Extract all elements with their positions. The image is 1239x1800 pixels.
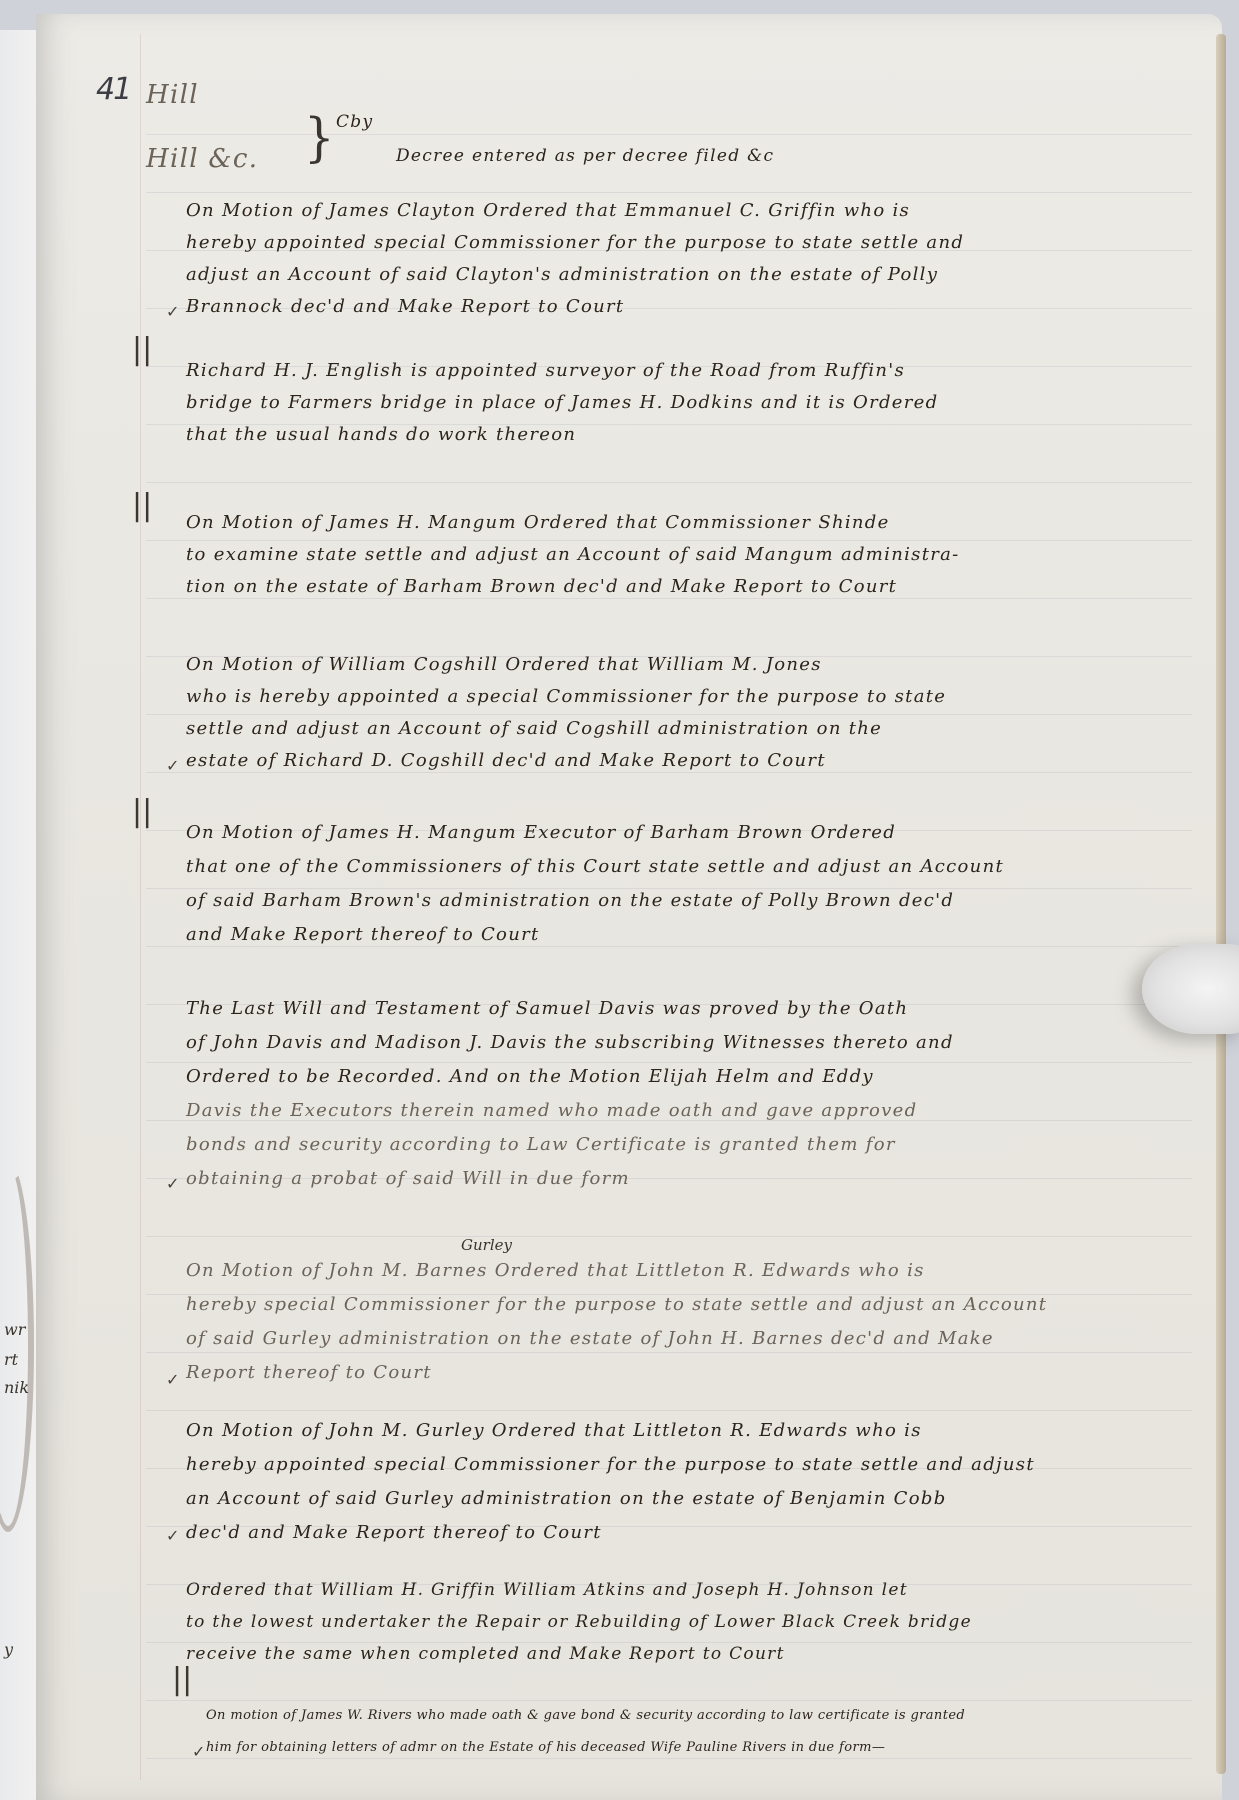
- entry-gurley-1-line-3: of said Gurley administration on the est…: [186, 1328, 994, 1349]
- entry-mangum-executor-line-3: of said Barham Brown's administration on…: [186, 890, 954, 911]
- margin-check-mark: ✓: [192, 1742, 205, 1761]
- entry-cogshill-line-2: who is hereby appointed a special Commis…: [186, 686, 946, 707]
- margin-double-stroke: ||: [132, 488, 152, 523]
- entry-gurley-1-line-1: On Motion of John M. Barnes Ordered that…: [186, 1260, 925, 1281]
- margin-check-mark: ✓: [166, 1174, 179, 1193]
- entry-clayton-line-4: Brannock dec'd and Make Report to Court: [186, 296, 624, 317]
- entry-davis-will-line-3: Ordered to be Recorded. And on the Motio…: [186, 1066, 874, 1087]
- page-number: 41: [96, 72, 130, 107]
- entry-rivers-line-2: him for obtaining letters of admr on the…: [206, 1740, 885, 1755]
- entry-bridge-line-1: Ordered that William H. Griffin William …: [186, 1580, 908, 1600]
- left-page-fragment: rt: [4, 1350, 18, 1369]
- entry-davis-will-line-4: Davis the Executors therein named who ma…: [186, 1100, 917, 1121]
- decree-entry: Decree entered as per decree filed &c: [396, 146, 774, 166]
- margin-rule: [140, 34, 141, 1780]
- entry-gurley-1-line-2: hereby special Commissioner for the purp…: [186, 1294, 1047, 1315]
- entry-mangum-line-2: to examine state settle and adjust an Ac…: [186, 544, 960, 565]
- left-page-fragment: wr: [4, 1320, 25, 1339]
- case-party-defendant: Hill &c.: [146, 144, 258, 174]
- entry-mangum-executor-line-4: and Make Report thereof to Court: [186, 924, 540, 945]
- entry-gurley-1-line-4: Report thereof to Court: [186, 1362, 432, 1383]
- margin-check-mark: ✓: [166, 302, 179, 321]
- entry-bridge-line-3: receive the same when completed and Make…: [186, 1644, 785, 1664]
- interlinear-correction: Gurley: [461, 1236, 512, 1254]
- margin-double-stroke: ||: [172, 1662, 192, 1697]
- entry-cogshill-line-1: On Motion of William Cogshill Ordered th…: [186, 654, 822, 675]
- entry-gurley-2-line-1: On Motion of John M. Gurley Ordered that…: [186, 1420, 922, 1441]
- entry-mangum-executor-line-1: On Motion of James H. Mangum Executor of…: [186, 822, 896, 843]
- margin-check-mark: ✓: [166, 1370, 179, 1389]
- entry-davis-will-line-1: The Last Will and Testament of Samuel Da…: [186, 998, 908, 1019]
- margin-check-mark: ✓: [166, 1526, 179, 1545]
- entry-davis-will-line-5: bonds and security according to Law Cert…: [186, 1134, 896, 1155]
- entry-clayton-line-2: hereby appointed special Commissioner fo…: [186, 232, 964, 253]
- entry-davis-will-line-2: of John Davis and Madison J. Davis the s…: [186, 1032, 954, 1053]
- entry-gurley-2-line-4: dec'd and Make Report thereof to Court: [186, 1522, 602, 1543]
- entry-mangum-line-3: tion on the estate of Barham Brown dec'd…: [186, 576, 897, 597]
- entry-davis-will-line-6: obtaining a probat of said Will in due f…: [186, 1168, 630, 1189]
- entry-english-line-1: Richard H. J. English is appointed surve…: [186, 360, 905, 381]
- ink-stain: [0, 1160, 34, 1532]
- entry-clayton-line-3: adjust an Account of said Clayton's admi…: [186, 264, 938, 285]
- margin-double-stroke: ||: [132, 794, 152, 829]
- entry-gurley-2-line-3: an Account of said Gurley administration…: [186, 1488, 947, 1509]
- entry-cogshill-line-3: settle and adjust an Account of said Cog…: [186, 718, 882, 739]
- entry-clayton-line-1: On Motion of James Clayton Ordered that …: [186, 200, 910, 221]
- left-page-fragment: y: [4, 1640, 13, 1659]
- entry-mangum-line-1: On Motion of James H. Mangum Ordered tha…: [186, 512, 890, 533]
- entry-rivers-line-1: On motion of James W. Rivers who made oa…: [206, 1708, 965, 1723]
- entry-cogshill-line-4: estate of Richard D. Cogshill dec'd and …: [186, 750, 826, 771]
- entry-english-line-3: that the usual hands do work thereon: [186, 424, 576, 445]
- left-page-fragment: nik: [4, 1378, 29, 1397]
- ledger-page: 41 Hill Hill &c. } Cby Decree entered as…: [36, 14, 1222, 1800]
- holding-finger: [1142, 944, 1239, 1034]
- margin-double-stroke: ||: [132, 332, 152, 367]
- bracket-brace: }: [304, 107, 335, 169]
- bracket-note: Cby: [336, 112, 373, 132]
- entry-bridge-line-2: to the lowest undertaker the Repair or R…: [186, 1612, 972, 1632]
- page-edge: [1216, 34, 1226, 1774]
- entry-mangum-executor-line-2: that one of the Commissioners of this Co…: [186, 856, 1004, 877]
- entry-english-line-2: bridge to Farmers bridge in place of Jam…: [186, 392, 938, 413]
- margin-check-mark: ✓: [166, 756, 179, 775]
- entry-gurley-2-line-2: hereby appointed special Commissioner fo…: [186, 1454, 1035, 1475]
- case-party-plaintiff: Hill: [146, 80, 199, 110]
